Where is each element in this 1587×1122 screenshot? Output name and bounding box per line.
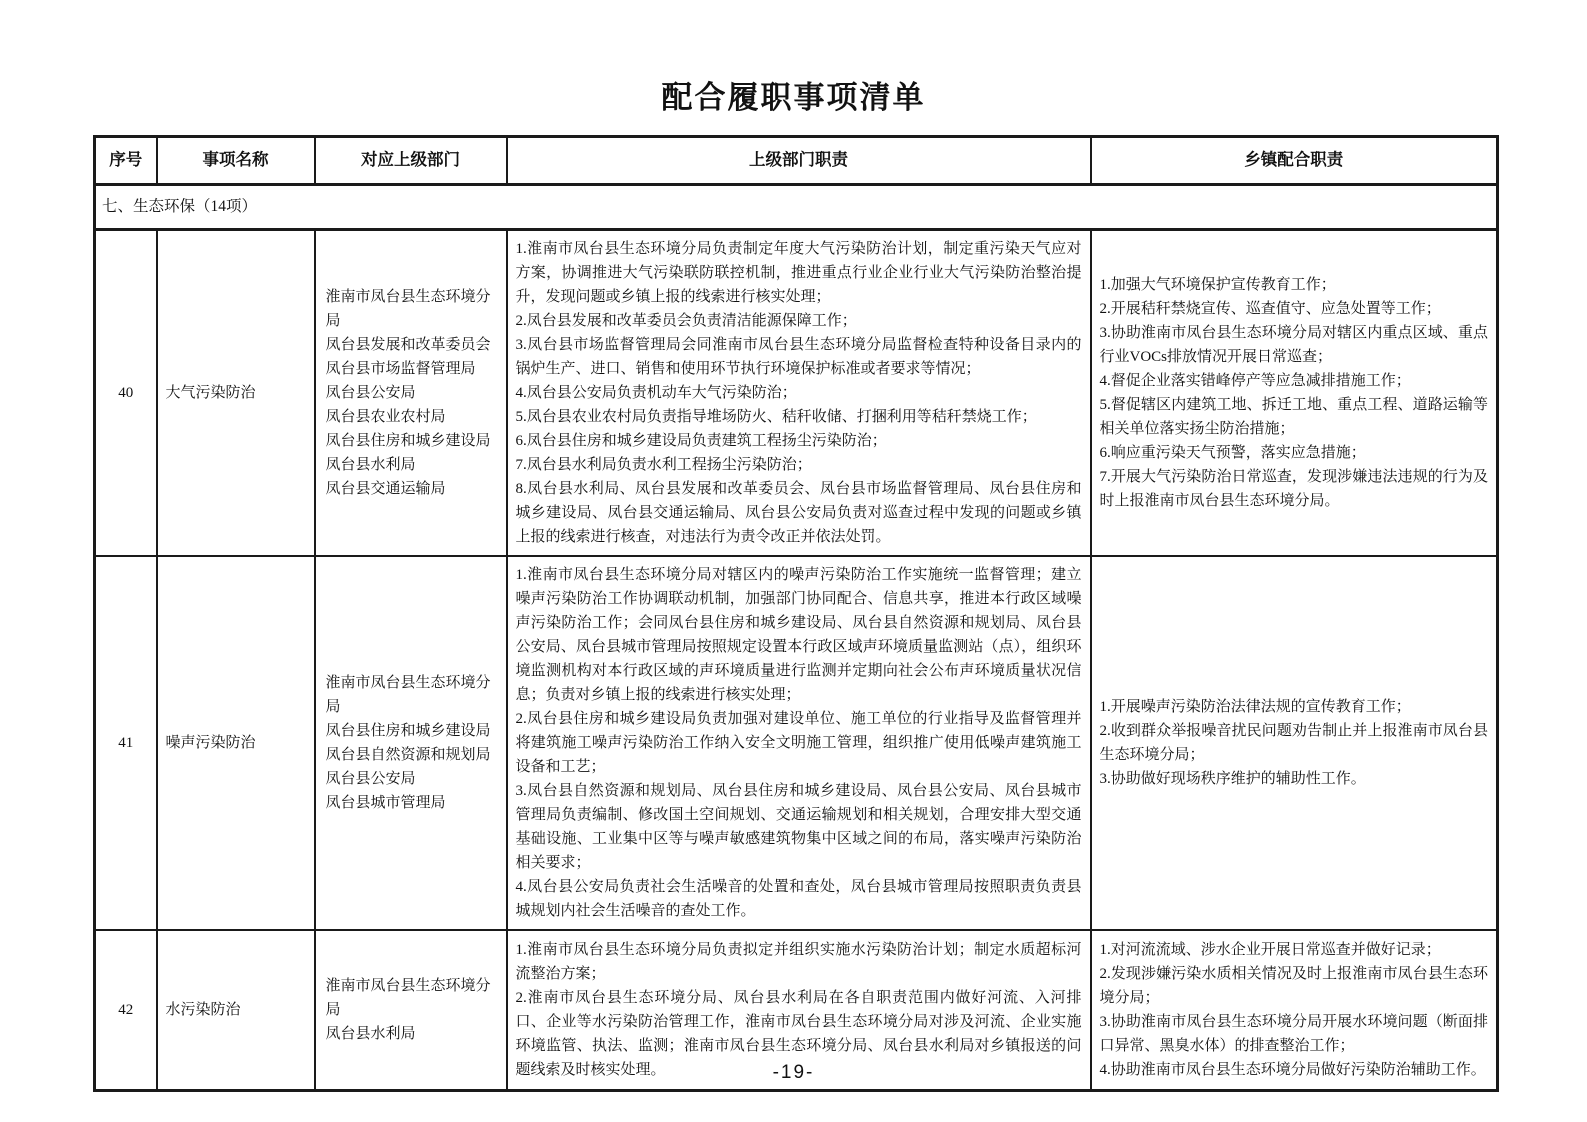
item-name: 噪声污染防治	[157, 556, 315, 930]
header-cell-no: 序号	[95, 137, 157, 185]
header-cell-departments: 对应上级部门	[315, 137, 507, 185]
township-duties: 1.加强大气环境保护宣传教育工作； 2.开展秸秆禁烧宣传、巡查值守、应急处置等工…	[1091, 230, 1498, 557]
superior-departments: 淮南市凤台县生态环境分局 凤台县发展和改革委员会 凤台县市场监督管理局 凤台县公…	[315, 230, 507, 557]
row-number: 41	[95, 556, 157, 930]
superior-duties: 1.淮南市凤台县生态环境分局对辖区内的噪声污染防治工作实施统一监督管理；建立噪声…	[507, 556, 1091, 930]
township-duties: 1.开展噪声污染防治法律法规的宣传教育工作； 2.收到群众举报噪音扰民问题劝告制…	[1091, 556, 1498, 930]
table-row: 41 噪声污染防治 淮南市凤台县生态环境分局 凤台县住房和城乡建设局 凤台县自然…	[95, 556, 1498, 930]
superior-duties: 1.淮南市凤台县生态环境分局负责制定年度大气污染防治计划，制定重污染天气应对方案…	[507, 230, 1091, 557]
page-number: -19-	[0, 1062, 1587, 1084]
table-row: 40 大气污染防治 淮南市凤台县生态环境分局 凤台县发展和改革委员会 凤台县市场…	[95, 230, 1498, 557]
row-number: 40	[95, 230, 157, 557]
item-name: 大气污染防治	[157, 230, 315, 557]
section-label: 七、生态环保（14项）	[95, 185, 1498, 230]
header-cell-township-duties: 乡镇配合职责	[1091, 137, 1498, 185]
header-cell-superior-duties: 上级部门职责	[507, 137, 1091, 185]
header-cell-name: 事项名称	[157, 137, 315, 185]
page-title: 配合履职事项清单	[0, 72, 1587, 117]
duty-list-table: 序号 事项名称 对应上级部门 上级部门职责 乡镇配合职责 七、生态环保（14项）…	[93, 135, 1499, 1092]
section-row: 七、生态环保（14项）	[95, 185, 1498, 230]
superior-departments: 淮南市凤台县生态环境分局 凤台县住房和城乡建设局 凤台县自然资源和规划局 凤台县…	[315, 556, 507, 930]
table-header-row: 序号 事项名称 对应上级部门 上级部门职责 乡镇配合职责	[95, 137, 1498, 185]
document-page: { "page": { "title": "配合履职事项清单", "footer…	[0, 0, 1587, 1122]
